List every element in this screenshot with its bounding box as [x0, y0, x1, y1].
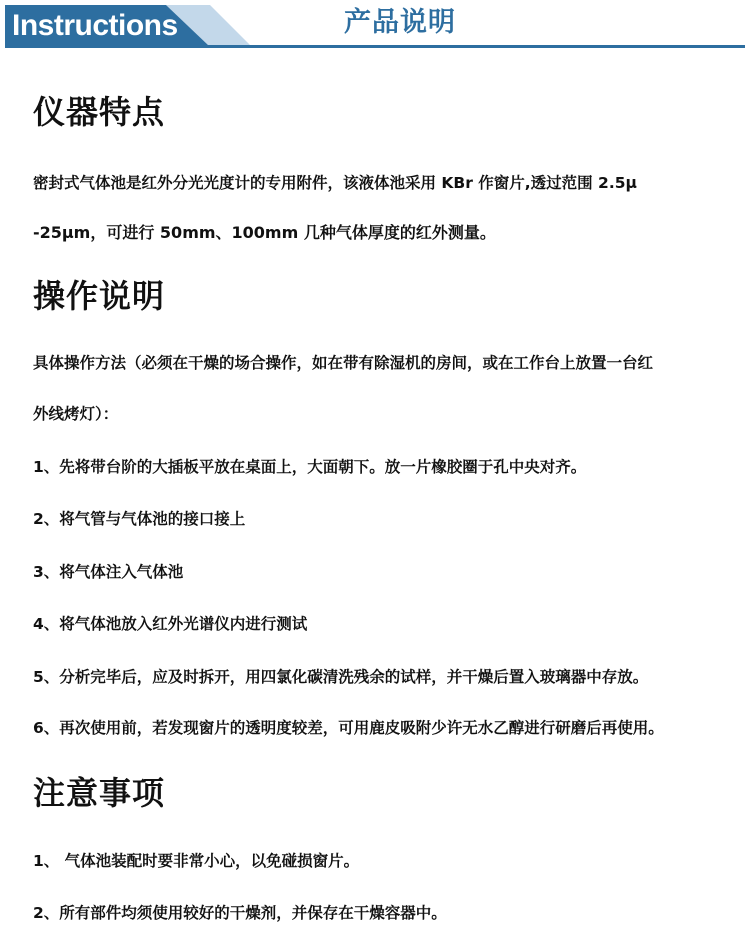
precaution-item-1: 1、 气体池装配时要非常小心，以免碰损窗片。 — [33, 850, 359, 872]
features-text-line-2: -25μm，可进行 50mm、100mm 几种气体厚度的红外测量。 — [33, 222, 496, 244]
operation-intro-line-1: 具体操作方法（必须在干燥的场合操作，如在带有除湿机的房间，或在工作台上放置一台红 — [33, 352, 653, 374]
features-text-line-1: 密封式气体池是红外分光光度计的专用附件，该液体池采用 KBr 作窗片,透过范围 … — [33, 172, 637, 194]
page-header: Instructions 产品说明 — [0, 0, 750, 52]
operation-step-4: 4、将气体池放入红外光谱仪内进行测试 — [33, 613, 307, 635]
operation-step-2: 2、将气管与气体池的接口接上 — [33, 508, 245, 530]
operation-step-6: 6、再次使用前，若发现窗片的透明度较差，可用鹿皮吸附少许无水乙醇进行研磨后再使用… — [33, 717, 664, 739]
precaution-item-2: 2、所有部件均须使用较好的干燥剂，并保存在干燥容器中。 — [33, 902, 447, 924]
section-title-operation: 操作说明 — [33, 276, 165, 316]
header-title-en: Instructions — [12, 6, 178, 46]
section-title-precautions: 注意事项 — [33, 773, 165, 813]
operation-step-3: 3、将气体注入气体池 — [33, 561, 183, 583]
section-title-features: 仪器特点 — [33, 92, 165, 132]
operation-intro-line-2: 外线烤灯）： — [33, 403, 118, 425]
header-title-cn: 产品说明 — [344, 4, 456, 42]
operation-step-5: 5、分析完毕后，应及时拆开，用四氯化碳清洗残余的试样，并干燥后置入玻璃器中存放。 — [33, 666, 648, 688]
operation-step-1: 1、先将带台阶的大插板平放在桌面上，大面朝下。放一片橡胶圈于孔中央对齐。 — [33, 456, 586, 478]
